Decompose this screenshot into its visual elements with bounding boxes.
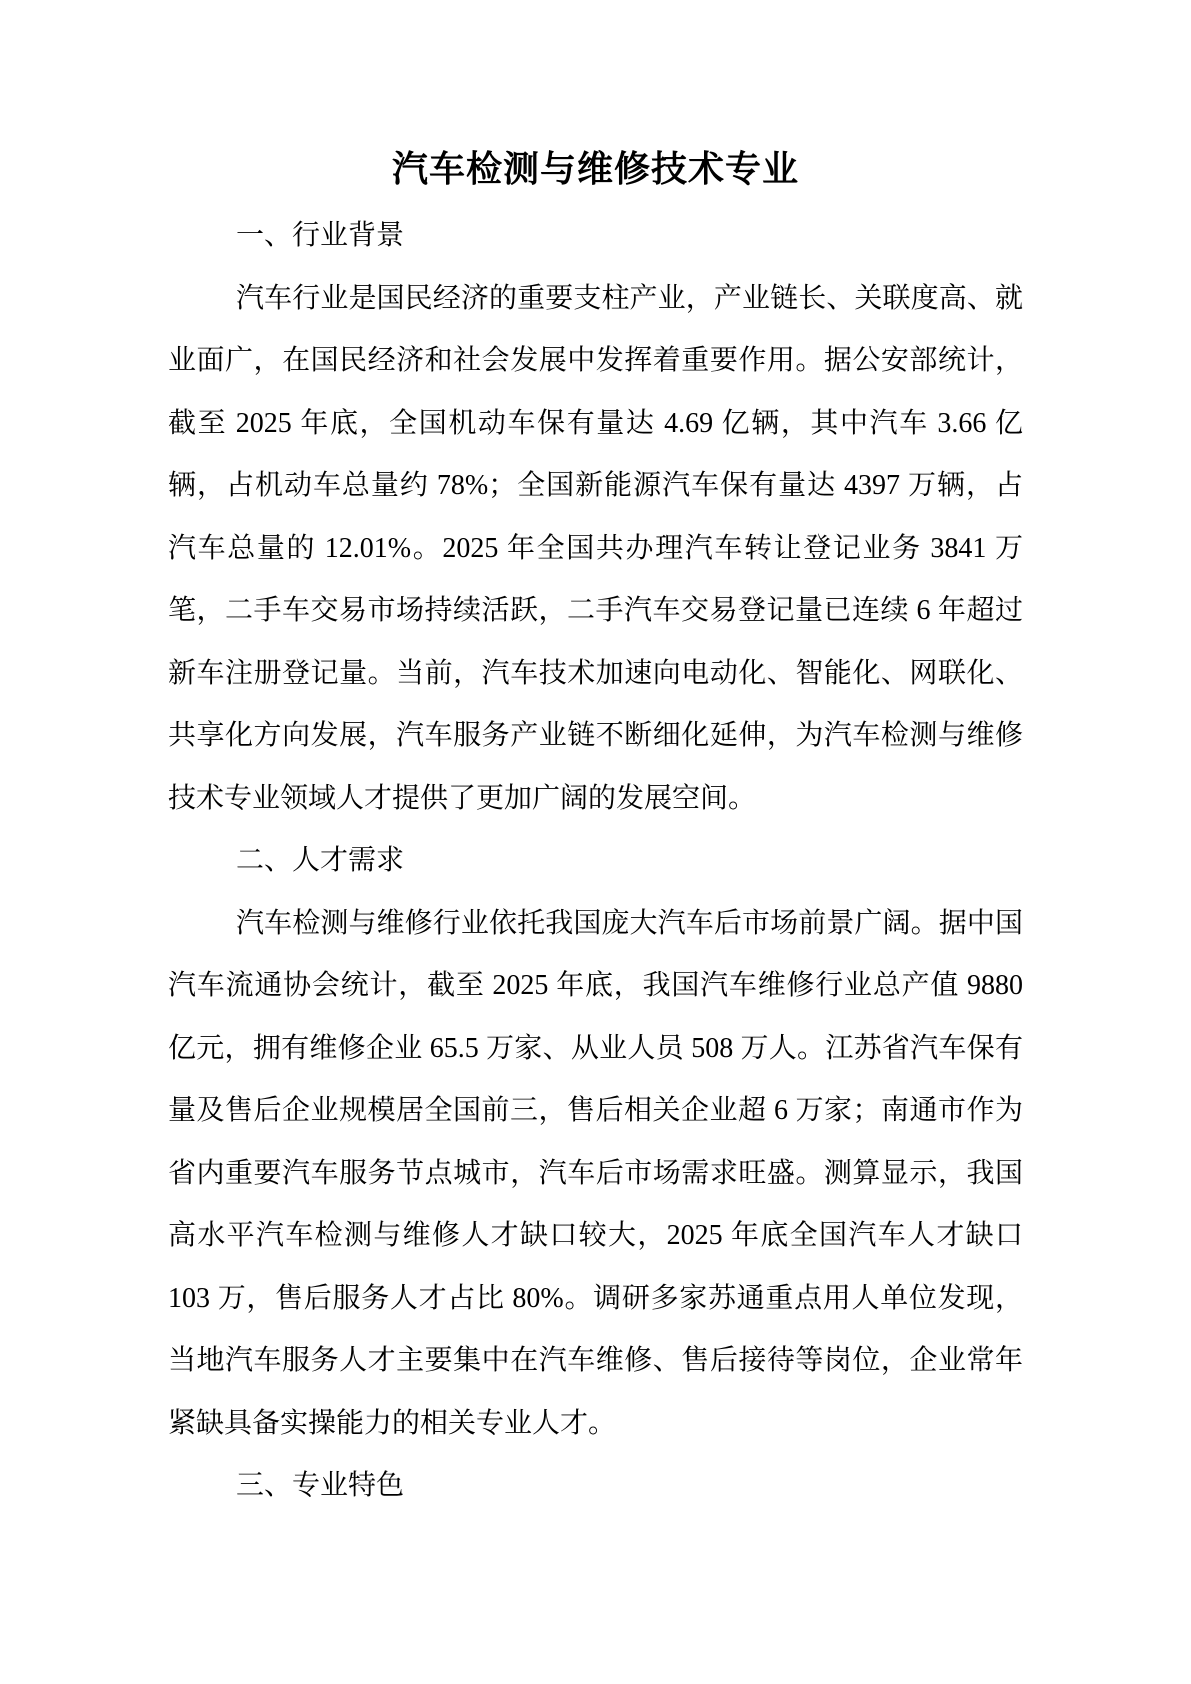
paragraph-industry-background: 汽车行业是国民经济的重要支柱产业，产业链长、关联度高、就业面广，在国民经济和社会…: [168, 268, 1023, 831]
section-heading-talent-demand: 二、人才需求: [168, 830, 1023, 893]
section-major-features: 三、专业特色: [168, 1455, 1023, 1518]
document-content: 汽车检测与维修技术专业 一、行业背景 汽车行业是国民经济的重要支柱产业，产业链长…: [168, 145, 1023, 1518]
paragraph-talent-demand: 汽车检测与维修行业依托我国庞大汽车后市场前景广阔。据中国汽车流通协会统计，截至 …: [168, 893, 1023, 1456]
document-title: 汽车检测与维修技术专业: [168, 145, 1023, 193]
section-industry-background: 一、行业背景 汽车行业是国民经济的重要支柱产业，产业链长、关联度高、就业面广，在…: [168, 205, 1023, 830]
section-heading-major-features: 三、专业特色: [168, 1455, 1023, 1518]
section-heading-industry-background: 一、行业背景: [168, 205, 1023, 268]
document-body: 一、行业背景 汽车行业是国民经济的重要支柱产业，产业链长、关联度高、就业面广，在…: [168, 205, 1023, 1518]
section-talent-demand: 二、人才需求 汽车检测与维修行业依托我国庞大汽车后市场前景广阔。据中国汽车流通协…: [168, 830, 1023, 1455]
document-page: 汽车检测与维修技术专业 一、行业背景 汽车行业是国民经济的重要支柱产业，产业链长…: [0, 0, 1191, 1684]
